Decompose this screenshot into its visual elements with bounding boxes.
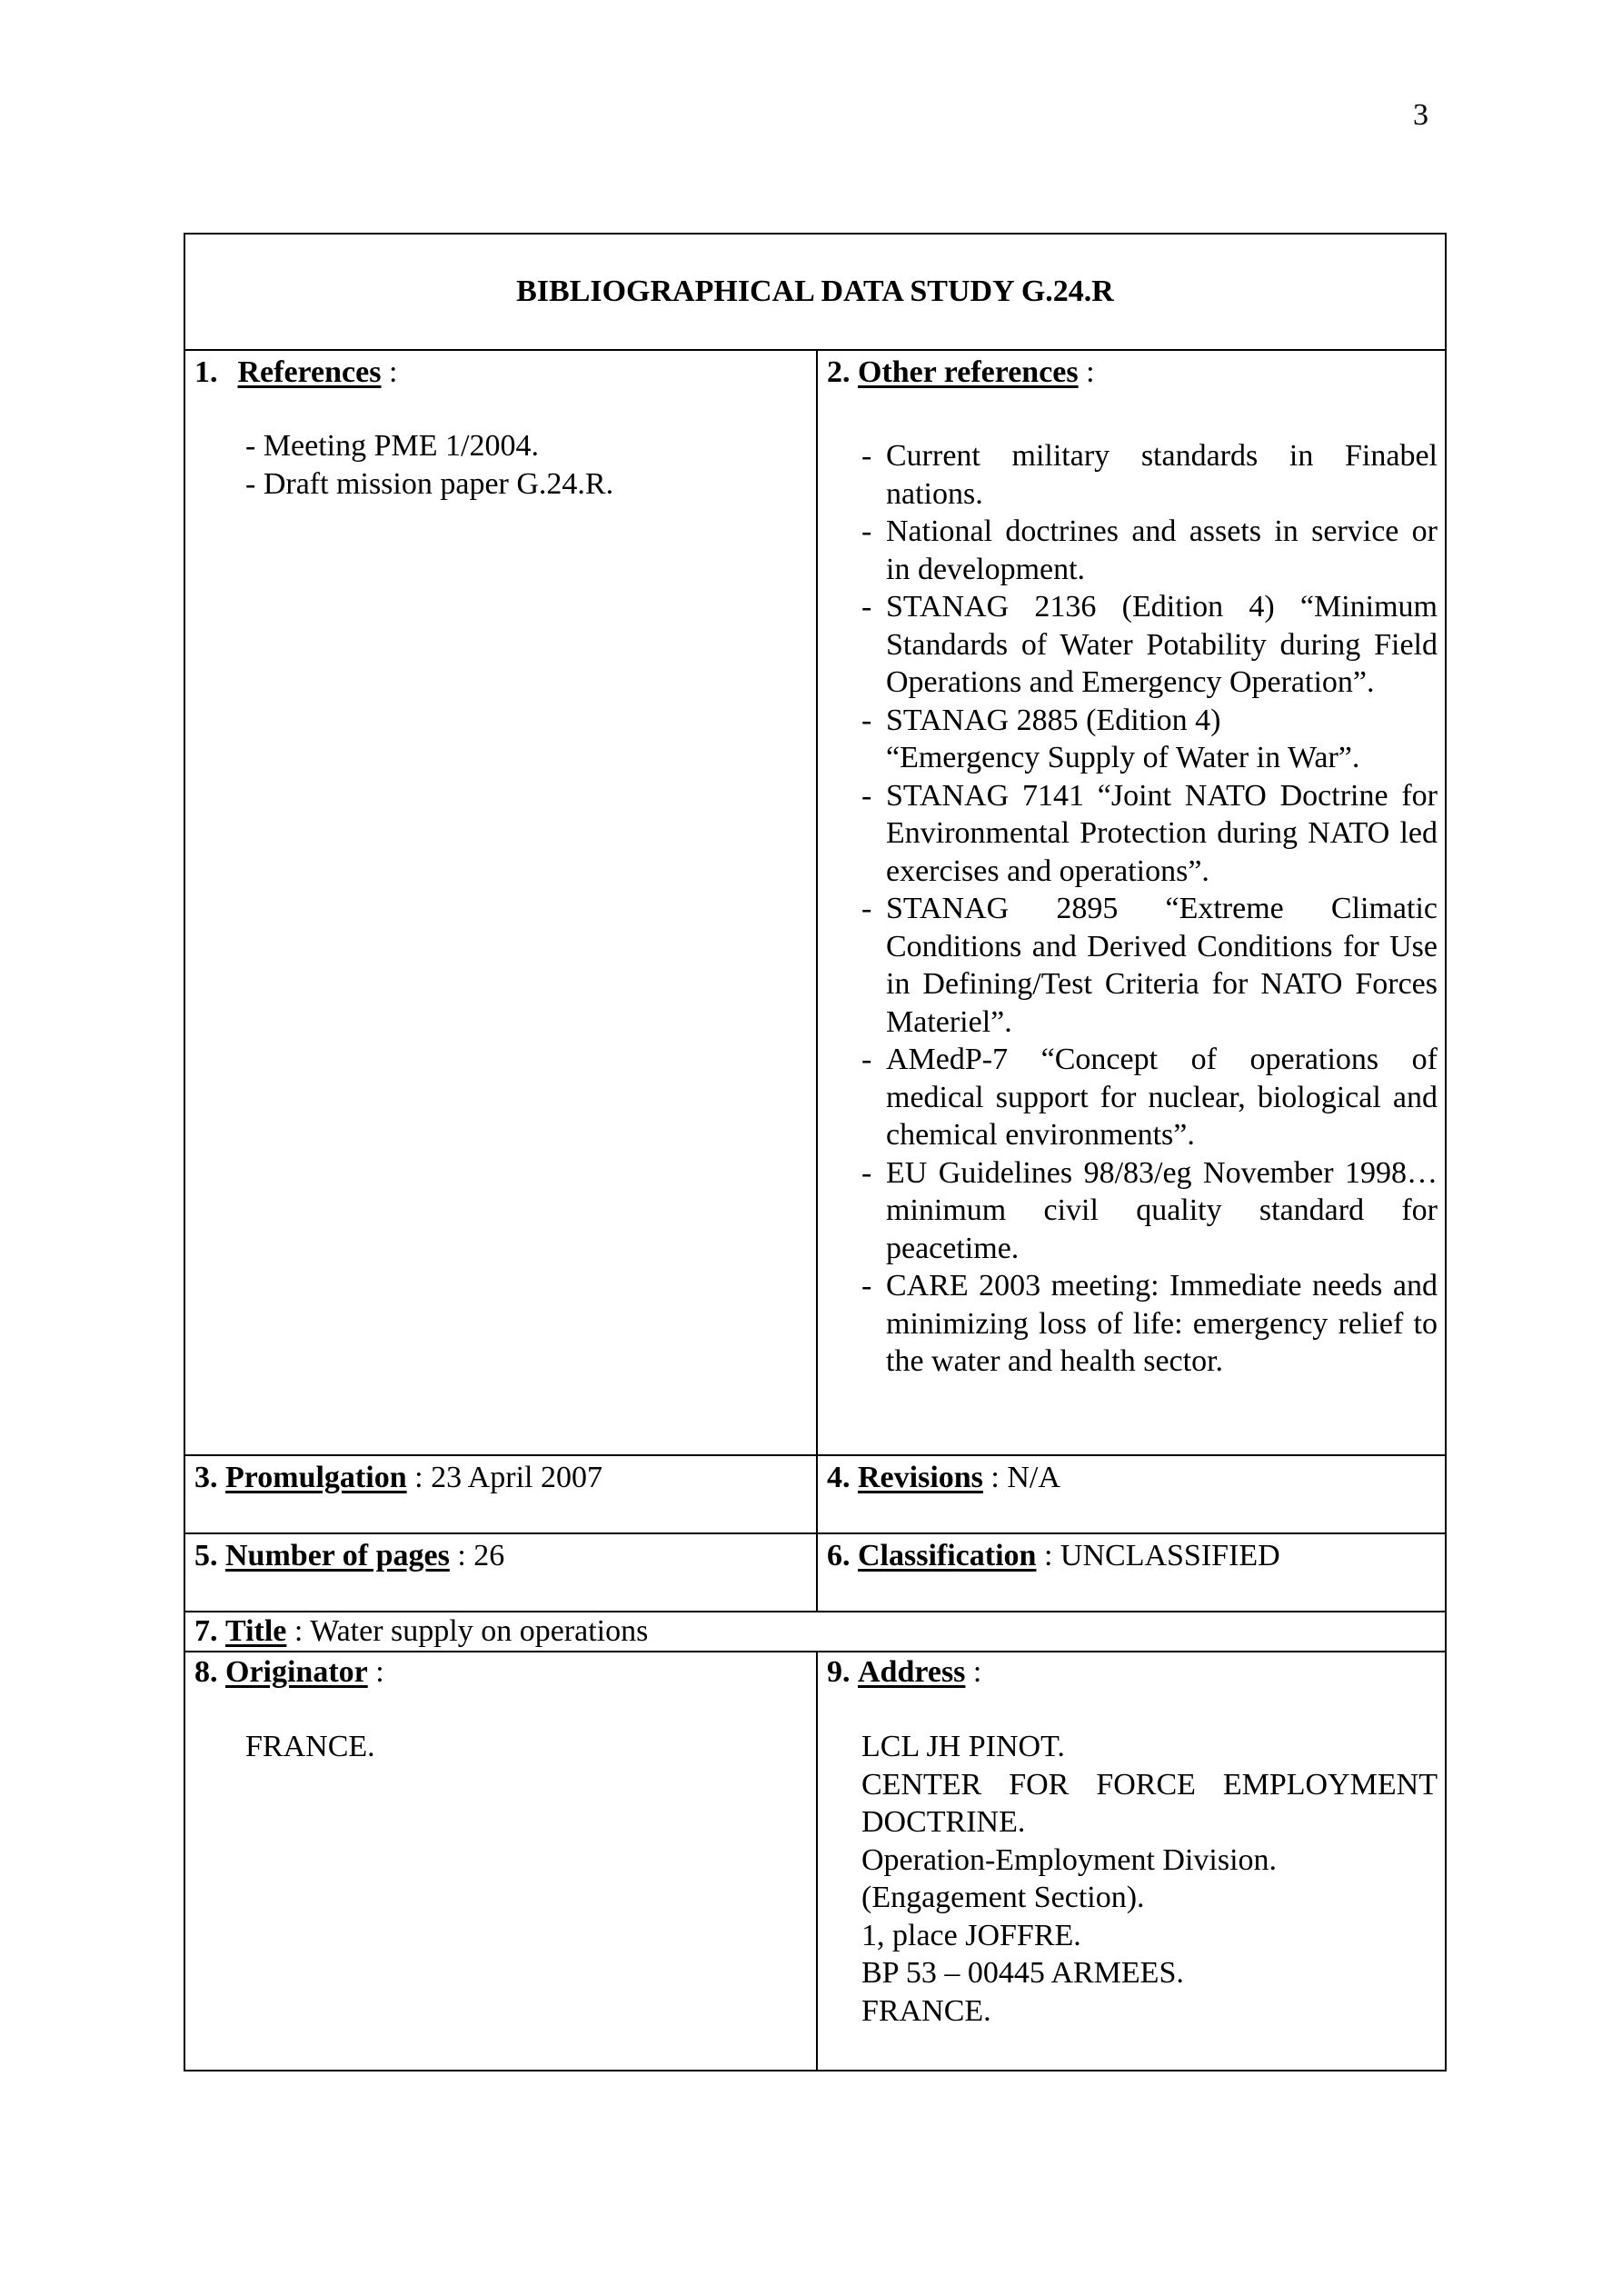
classification-sep: : — [1036, 1539, 1060, 1572]
promulgation-number: 3. — [194, 1461, 218, 1494]
classification-number: 6. — [827, 1539, 851, 1572]
other-references-item: STANAG 2136 (Edition 4) “Minimum Standar… — [818, 588, 1438, 702]
other-references-item: National doctrines and assets in service… — [818, 513, 1438, 588]
address-line: CENTER FOR FORCE EMPLOYMENT — [861, 1766, 1438, 1804]
other-references-item: EU Guidelines 98/83/eg November 1998… mi… — [818, 1154, 1438, 1268]
number-of-pages-cell: 5. Number of pages : 26 — [184, 1532, 818, 1612]
address-line: (Engagement Section). — [861, 1879, 1438, 1917]
promulgation-sep: : — [407, 1461, 431, 1494]
other-references-item: STANAG 7141 “Joint NATO Doctrine for Env… — [818, 777, 1438, 891]
address-line: FRANCE. — [861, 1992, 1438, 2031]
other-references-number: 2. — [827, 355, 851, 389]
references-label: References — [238, 355, 382, 389]
other-references-sep: : — [1079, 355, 1095, 389]
other-references-item: CARE 2003 meeting: Immediate needs and m… — [818, 1267, 1438, 1381]
address-line: Operation-Employment Division. — [861, 1842, 1438, 1880]
other-references-label: Other references — [858, 355, 1079, 389]
originator-cell: 8. Originator : FRANCE. — [184, 1651, 818, 2071]
table-title: BIBLIOGRAPHICAL DATA STUDY G.24.R — [185, 273, 1445, 311]
doc-title-label: Title — [225, 1614, 286, 1648]
originator-value: FRANCE. — [245, 1728, 375, 1766]
address-line: 1, place JOFFRE. — [861, 1917, 1438, 1955]
originator-label: Originator — [225, 1655, 368, 1689]
references-number: 1. — [194, 355, 218, 389]
address-lines: LCL JH PINOT. CENTER FOR FORCE EMPLOYMEN… — [861, 1728, 1438, 2030]
number-of-pages-label: Number of pages — [225, 1539, 450, 1572]
table-title-cell: BIBLIOGRAPHICAL DATA STUDY G.24.R — [184, 233, 1447, 351]
promulgation-cell: 3. Promulgation : 23 April 2007 — [184, 1454, 818, 1534]
doc-title-cell: 7. Title : Water supply on operations — [184, 1611, 1447, 1652]
address-label: Address — [858, 1655, 965, 1689]
number-of-pages-number: 5. — [194, 1539, 218, 1572]
references-sep: : — [381, 355, 397, 389]
address-line: BP 53 – 00445 ARMEES. — [861, 1954, 1438, 1992]
number-of-pages-sep: : — [450, 1539, 473, 1572]
references-list: - Meeting PME 1/2004. - Draft mission pa… — [245, 427, 613, 503]
doc-title-value: Water supply on operations — [310, 1614, 648, 1648]
references-cell: 1.References : - Meeting PME 1/2004. - D… — [184, 349, 818, 1456]
revisions-value: N/A — [1007, 1461, 1060, 1494]
doc-title-number: 7. — [194, 1614, 218, 1648]
address-line: LCL JH PINOT. — [861, 1728, 1438, 1766]
revisions-label: Revisions — [858, 1461, 983, 1494]
address-cell: 9. Address : LCL JH PINOT. CENTER FOR FO… — [816, 1651, 1447, 2071]
other-references-item: STANAG 2885 (Edition 4) “Emergency Suppl… — [818, 702, 1438, 777]
address-line: DOCTRINE. — [861, 1803, 1438, 1842]
originator-sep: : — [368, 1655, 384, 1689]
address-number: 9. — [827, 1655, 851, 1689]
originator-number: 8. — [194, 1655, 218, 1689]
revisions-number: 4. — [827, 1461, 851, 1494]
revisions-cell: 4. Revisions : N/A — [816, 1454, 1447, 1534]
classification-label: Classification — [858, 1539, 1036, 1572]
revisions-sep: : — [983, 1461, 1007, 1494]
number-of-pages-value: 26 — [473, 1539, 504, 1572]
promulgation-value: 23 April 2007 — [431, 1461, 602, 1494]
other-references-item: Current military standards in Finabel na… — [818, 437, 1438, 513]
doc-title-sep: : — [286, 1614, 310, 1648]
promulgation-label: Promulgation — [225, 1461, 407, 1494]
page-number: 3 — [1413, 98, 1428, 133]
references-item: - Draft mission paper G.24.R. — [245, 465, 613, 504]
address-sep: : — [965, 1655, 981, 1689]
stanag-2885-line: STANAG 2885 (Edition 4) — [886, 704, 1220, 737]
other-references-item: AMedP-7 “Concept of operations of medica… — [818, 1041, 1438, 1154]
other-references-cell: 2. Other references : Current military s… — [816, 349, 1447, 1456]
classification-value: UNCLASSIFIED — [1060, 1539, 1280, 1572]
references-item: - Meeting PME 1/2004. — [245, 427, 613, 465]
other-references-list: Current military standards in Finabel na… — [818, 437, 1438, 1381]
stanag-2885-title: “Emergency Supply of Water in War”. — [886, 741, 1359, 774]
classification-cell: 6. Classification : UNCLASSIFIED — [816, 1532, 1447, 1612]
other-references-item: STANAG 2895 “Extreme Climatic Conditions… — [818, 890, 1438, 1041]
